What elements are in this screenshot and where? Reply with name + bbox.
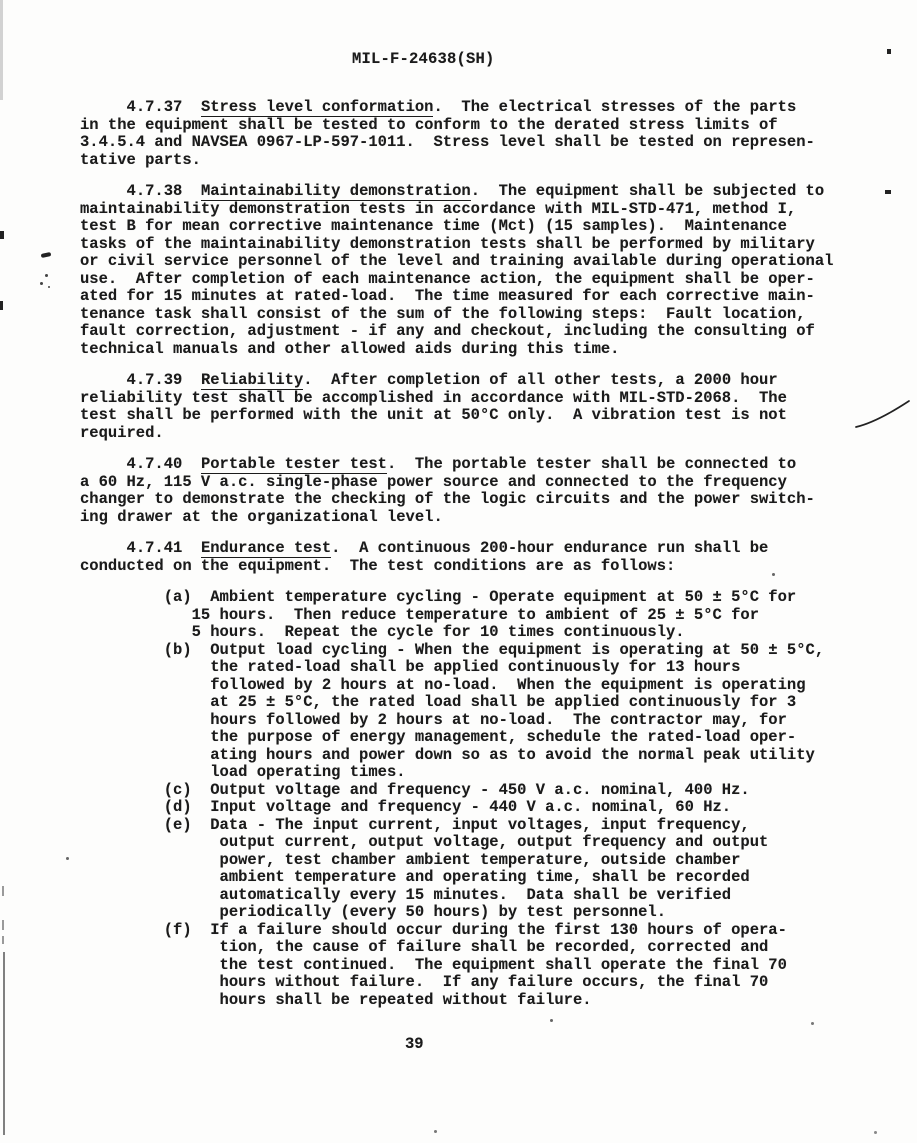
handwritten-slash-mark (853, 397, 913, 433)
scan-edge-nub (0, 301, 3, 310)
section-line: test shall be performed with the unit at… (80, 407, 880, 425)
list-item-line: load operating times. (80, 764, 880, 782)
list-item-f: (f) If a failure should occur during the… (80, 922, 880, 1010)
margin-ink-speck (41, 252, 52, 258)
section-number: 4.7.40 (127, 455, 183, 473)
section-paragraph-4.7.39: 4.7.39 Reliability. After completion of … (80, 372, 880, 442)
list-item-line: ambient temperature and operating time, … (80, 869, 880, 887)
list-item-line: 5 hours. Repeat the cycle for 10 times c… (80, 624, 880, 642)
section-line: ing drawer at the organizational level. (80, 509, 880, 527)
scan-edge-dash (2, 936, 4, 944)
ink-speck (434, 1130, 437, 1133)
list-item-line: (a) Ambient temperature cycling - Operat… (80, 589, 880, 607)
list-item-line: ating hours and power down so as to avoi… (80, 747, 880, 765)
page-number: 39 (405, 1035, 424, 1053)
list-item-line: periodically (every 50 hours) by test pe… (80, 904, 880, 922)
list-item-b: (b) Output load cycling - When the equip… (80, 642, 880, 782)
section-paragraph-4.7.38: 4.7.38 Maintainability demonstration. Th… (80, 183, 880, 358)
section-line: changer to demonstrate the checking of t… (80, 491, 880, 509)
scan-edge-dash (2, 886, 4, 896)
scan-edge-band (0, 0, 3, 100)
scan-edge-line (3, 952, 5, 1135)
section-title: Portable tester test (201, 455, 387, 474)
margin-ink-speck (48, 286, 50, 288)
list-item-line: the rated-load shall be applied continuo… (80, 659, 880, 677)
ink-speck (811, 1022, 814, 1025)
section-line: conducted on the equipment. The test con… (80, 558, 880, 576)
list-item-e: (e) Data - The input current, input volt… (80, 817, 880, 922)
section-line: required. (80, 425, 880, 443)
ink-speck (874, 1131, 877, 1134)
section-paragraph-4.7.40: 4.7.40 Portable tester test. The portabl… (80, 456, 880, 526)
section-title: Maintainability demonstration (201, 182, 471, 201)
list-item-line: at 25 ± 5°C, the rated load shall be app… (80, 694, 880, 712)
document-body: 4.7.37 Stress level conformation. The el… (80, 99, 880, 1009)
section-line: tasks of the maintainability demonstrati… (80, 236, 880, 254)
section-first-line: 4.7.38 Maintainability demonstration. Th… (80, 183, 880, 201)
ink-speck (772, 573, 775, 576)
section-text-start: . A continuous 200-hour endurance run sh… (331, 539, 768, 557)
section-line: maintainability demonstration tests in a… (80, 201, 880, 219)
margin-ink-speck (40, 282, 43, 285)
list-item-line: followed by 2 hours at no-load. When the… (80, 677, 880, 695)
list-item-line: the test continued. The equipment shall … (80, 957, 880, 975)
list-item-line: automatically every 15 minutes. Data sha… (80, 887, 880, 905)
section-number: 4.7.39 (127, 371, 183, 389)
margin-ink-speck (45, 274, 48, 277)
document-header: MIL-F-24638(SH) (352, 50, 495, 68)
section-number: 4.7.41 (127, 539, 183, 557)
scan-edge-nub (0, 231, 4, 239)
section-paragraph-4.7.41: 4.7.41 Endurance test. A continuous 200-… (80, 540, 880, 575)
list-item-line: (d) Input voltage and frequency - 440 V … (80, 799, 880, 817)
list-item-line: (f) If a failure should occur during the… (80, 922, 880, 940)
section-title: Stress level conformation (201, 98, 434, 117)
section-line: technical manuals and other allowed aids… (80, 341, 880, 359)
list-item-line: tion, the cause of failure shall be reco… (80, 939, 880, 957)
section-text-start: . The portable tester shall be connected… (387, 455, 796, 473)
list-item-line: hours without failure. If any failure oc… (80, 974, 880, 992)
scan-edge-dash (2, 920, 4, 930)
section-line: tenance task shall consist of the sum of… (80, 306, 880, 324)
section-line: fault correction, adjustment - if any an… (80, 323, 880, 341)
list-item-line: hours followed by 2 hours at no-load. Th… (80, 712, 880, 730)
list-item-a: (a) Ambient temperature cycling - Operat… (80, 589, 880, 642)
section-first-line: 4.7.41 Endurance test. A continuous 200-… (80, 540, 880, 558)
section-line: or civil service personnel of the level … (80, 253, 880, 271)
document-page: MIL-F-24638(SH) 4.7.37 Stress level conf… (0, 0, 917, 1143)
list-item-line: (c) Output voltage and frequency - 450 V… (80, 782, 880, 800)
section-line: 3.4.5.4 and NAVSEA 0967-LP-597-1011. Str… (80, 134, 880, 152)
list-item-line: power, test chamber ambient temperature,… (80, 852, 880, 870)
ink-dot (887, 49, 891, 54)
endurance-test-conditions-list: (a) Ambient temperature cycling - Operat… (80, 589, 880, 1009)
ink-speck (66, 857, 69, 860)
section-line: use. After completion of each maintenanc… (80, 271, 880, 289)
section-line: test B for mean corrective maintenance t… (80, 218, 880, 236)
section-first-line: 4.7.37 Stress level conformation. The el… (80, 99, 880, 117)
section-number: 4.7.37 (127, 98, 183, 116)
list-item-line: (e) Data - The input current, input volt… (80, 817, 880, 835)
ink-dot (885, 190, 891, 194)
section-first-line: 4.7.40 Portable tester test. The portabl… (80, 456, 880, 474)
section-title: Endurance test (201, 539, 331, 558)
section-text-start: . The electrical stresses of the parts (433, 98, 796, 116)
section-text-start: . The equipment shall be subjected to (471, 182, 824, 200)
list-item-c: (c) Output voltage and frequency - 450 V… (80, 782, 880, 800)
section-line: a 60 Hz, 115 V a.c. single-phase power s… (80, 474, 880, 492)
list-item-line: output current, output voltage, output f… (80, 834, 880, 852)
list-item-line: the purpose of energy management, schedu… (80, 729, 880, 747)
ink-speck (550, 1019, 553, 1022)
list-item-line: hours shall be repeated without failure. (80, 992, 880, 1010)
list-item-line: (b) Output load cycling - When the equip… (80, 642, 880, 660)
section-text-start: . After completion of all other tests, a… (303, 371, 777, 389)
list-item-d: (d) Input voltage and frequency - 440 V … (80, 799, 880, 817)
section-line: reliability test shall be accomplished i… (80, 390, 880, 408)
section-line: in the equipment shall be tested to conf… (80, 117, 880, 135)
section-line: tative parts. (80, 152, 880, 170)
section-line: ated for 15 minutes at rated-load. The t… (80, 288, 880, 306)
section-number: 4.7.38 (127, 182, 183, 200)
list-item-line: 15 hours. Then reduce temperature to amb… (80, 607, 880, 625)
section-paragraph-4.7.37: 4.7.37 Stress level conformation. The el… (80, 99, 880, 169)
section-title: Reliability (201, 371, 303, 390)
section-first-line: 4.7.39 Reliability. After completion of … (80, 372, 880, 390)
